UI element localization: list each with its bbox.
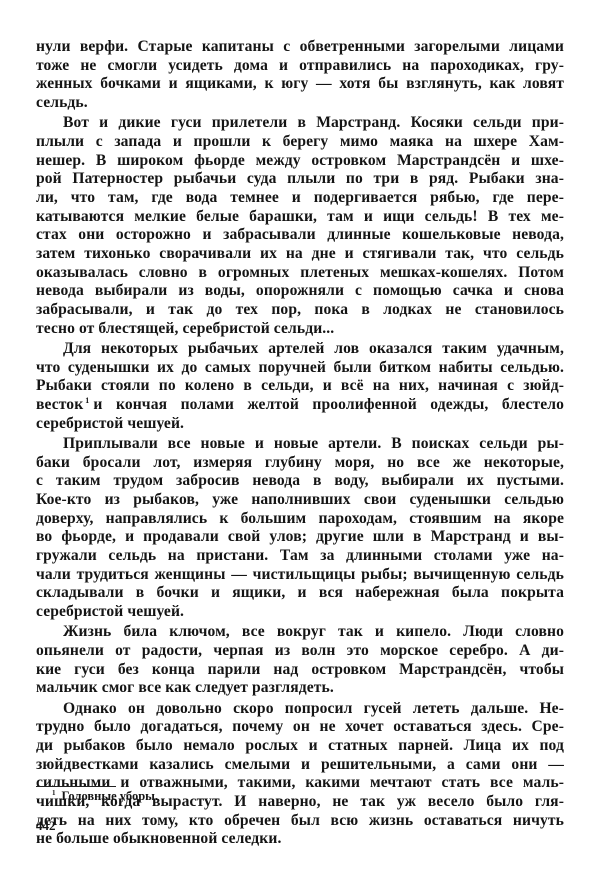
text-line: что суденышки их до самых поручней были … — [36, 359, 564, 378]
text-line: Приплывали все новые и новые артели. В п… — [36, 435, 564, 454]
text-line: гружали сельдь на пристани. Там за длинн… — [36, 547, 564, 566]
text-line: Рыбаки стояли по колено в сельди, и всё … — [36, 377, 564, 396]
footnote-divider — [36, 786, 116, 787]
text-line: тоже не смогли усидеть дома и отправилис… — [36, 57, 564, 76]
text-line: опьянели от радости, черпая из волн это … — [36, 642, 564, 661]
text-line: трудно было догадаться, почему он не хоч… — [36, 718, 564, 737]
text-line: не больше обыкновенной селедки. — [36, 830, 564, 849]
text-line: плыли с запада и прошли к берегу мимо ма… — [36, 133, 564, 152]
text-line: весток1и кончая полами желтой проолифенн… — [36, 396, 564, 415]
text-line: затем тихонько сворачивали их на дне и с… — [36, 245, 564, 264]
text-line: Однако он довольно скоро попросил гусей … — [36, 700, 564, 719]
text-line: ли, что там, где вода темнее и подергива… — [36, 189, 564, 208]
text-fragment: и кончая полами желтой проолифенной одеж… — [93, 396, 564, 413]
text-line: Вот и дикие гуси прилетели в Марстранд. … — [36, 114, 564, 133]
text-line: чали трудиться женщины — чистильщицы рыб… — [36, 566, 564, 585]
text-line: невода выбирали из воды, опорожняли с по… — [36, 282, 564, 301]
paragraph: Для некоторых рыбачьих артелей лов оказа… — [36, 340, 564, 433]
text-line: Для некоторых рыбачьих артелей лов оказа… — [36, 340, 564, 359]
text-line: Жизнь била ключом, все вокруг так и кипе… — [36, 623, 564, 642]
footnote-mark: 1 — [52, 789, 56, 797]
footnote-text: Головные уборы. — [62, 789, 159, 803]
footnote-reference[interactable]: 1 — [85, 396, 89, 405]
text-line: Кое-кто из рыбаков, уже наполнивших свои… — [36, 491, 564, 510]
paragraph: Приплывали все новые и новые артели. В п… — [36, 435, 564, 622]
paragraph: Жизнь била ключом, все вокруг так и кипе… — [36, 623, 564, 698]
text-line: серебристой чешуей. — [36, 603, 564, 622]
text-line: мальчик смог все как следует разглядеть. — [36, 679, 564, 698]
text-line: зюйдвестками казались смелыми и решитель… — [36, 756, 564, 775]
text-line: катываются мелкие белые барашки, там и и… — [36, 208, 564, 227]
text-line: нешер. В широком фьорде между островком … — [36, 152, 564, 171]
footnote: 1Головные уборы. — [52, 789, 158, 804]
text-line: с таким трудом забросив невода в воду, в… — [36, 472, 564, 491]
paragraph: нули верфи. Старые капитаны с обветренны… — [36, 38, 564, 113]
text-line: тесно от блестящей, серебристой сельди..… — [36, 320, 564, 339]
text-line: рой Патерностер рыбачьи суда плыли по тр… — [36, 170, 564, 189]
text-line: серебристой чешуей. — [36, 415, 564, 434]
text-line: баки бросали лот, измеряя глубину моря, … — [36, 454, 564, 473]
text-line: деть на них тому, кто обречен был всю жи… — [36, 812, 564, 831]
text-line: нули верфи. Старые капитаны с обветренны… — [36, 38, 564, 57]
text-line: сельдь. — [36, 94, 564, 113]
paragraph: Однако он довольно скоро попросил гусей … — [36, 700, 564, 850]
text-line: доверху, направлялись к большим парохода… — [36, 510, 564, 529]
text-fragment: весток — [36, 396, 83, 413]
text-line: ди рыбаков было немало рослых и статных … — [36, 737, 564, 756]
page-number: 442 — [36, 818, 56, 834]
text-line: складывали в бочки и ящики, и вся набере… — [36, 584, 564, 603]
text-line: во фьорде, и продавали свой улов; другие… — [36, 528, 564, 547]
text-line: женных бочками и ящиками, к югу — хотя б… — [36, 75, 564, 94]
text-line: оказывалась словно в огромных плетеных м… — [36, 264, 564, 283]
text-line: забрасывали, и так до тех пор, пока в ло… — [36, 301, 564, 320]
book-page-body: нули верфи. Старые капитаны с обветренны… — [36, 38, 564, 849]
paragraph: Вот и дикие гуси прилетели в Марстранд. … — [36, 114, 564, 338]
text-line: кие гуси без конца парили над островком … — [36, 661, 564, 680]
text-line: стах они осторожно и забрасывали длинные… — [36, 226, 564, 245]
